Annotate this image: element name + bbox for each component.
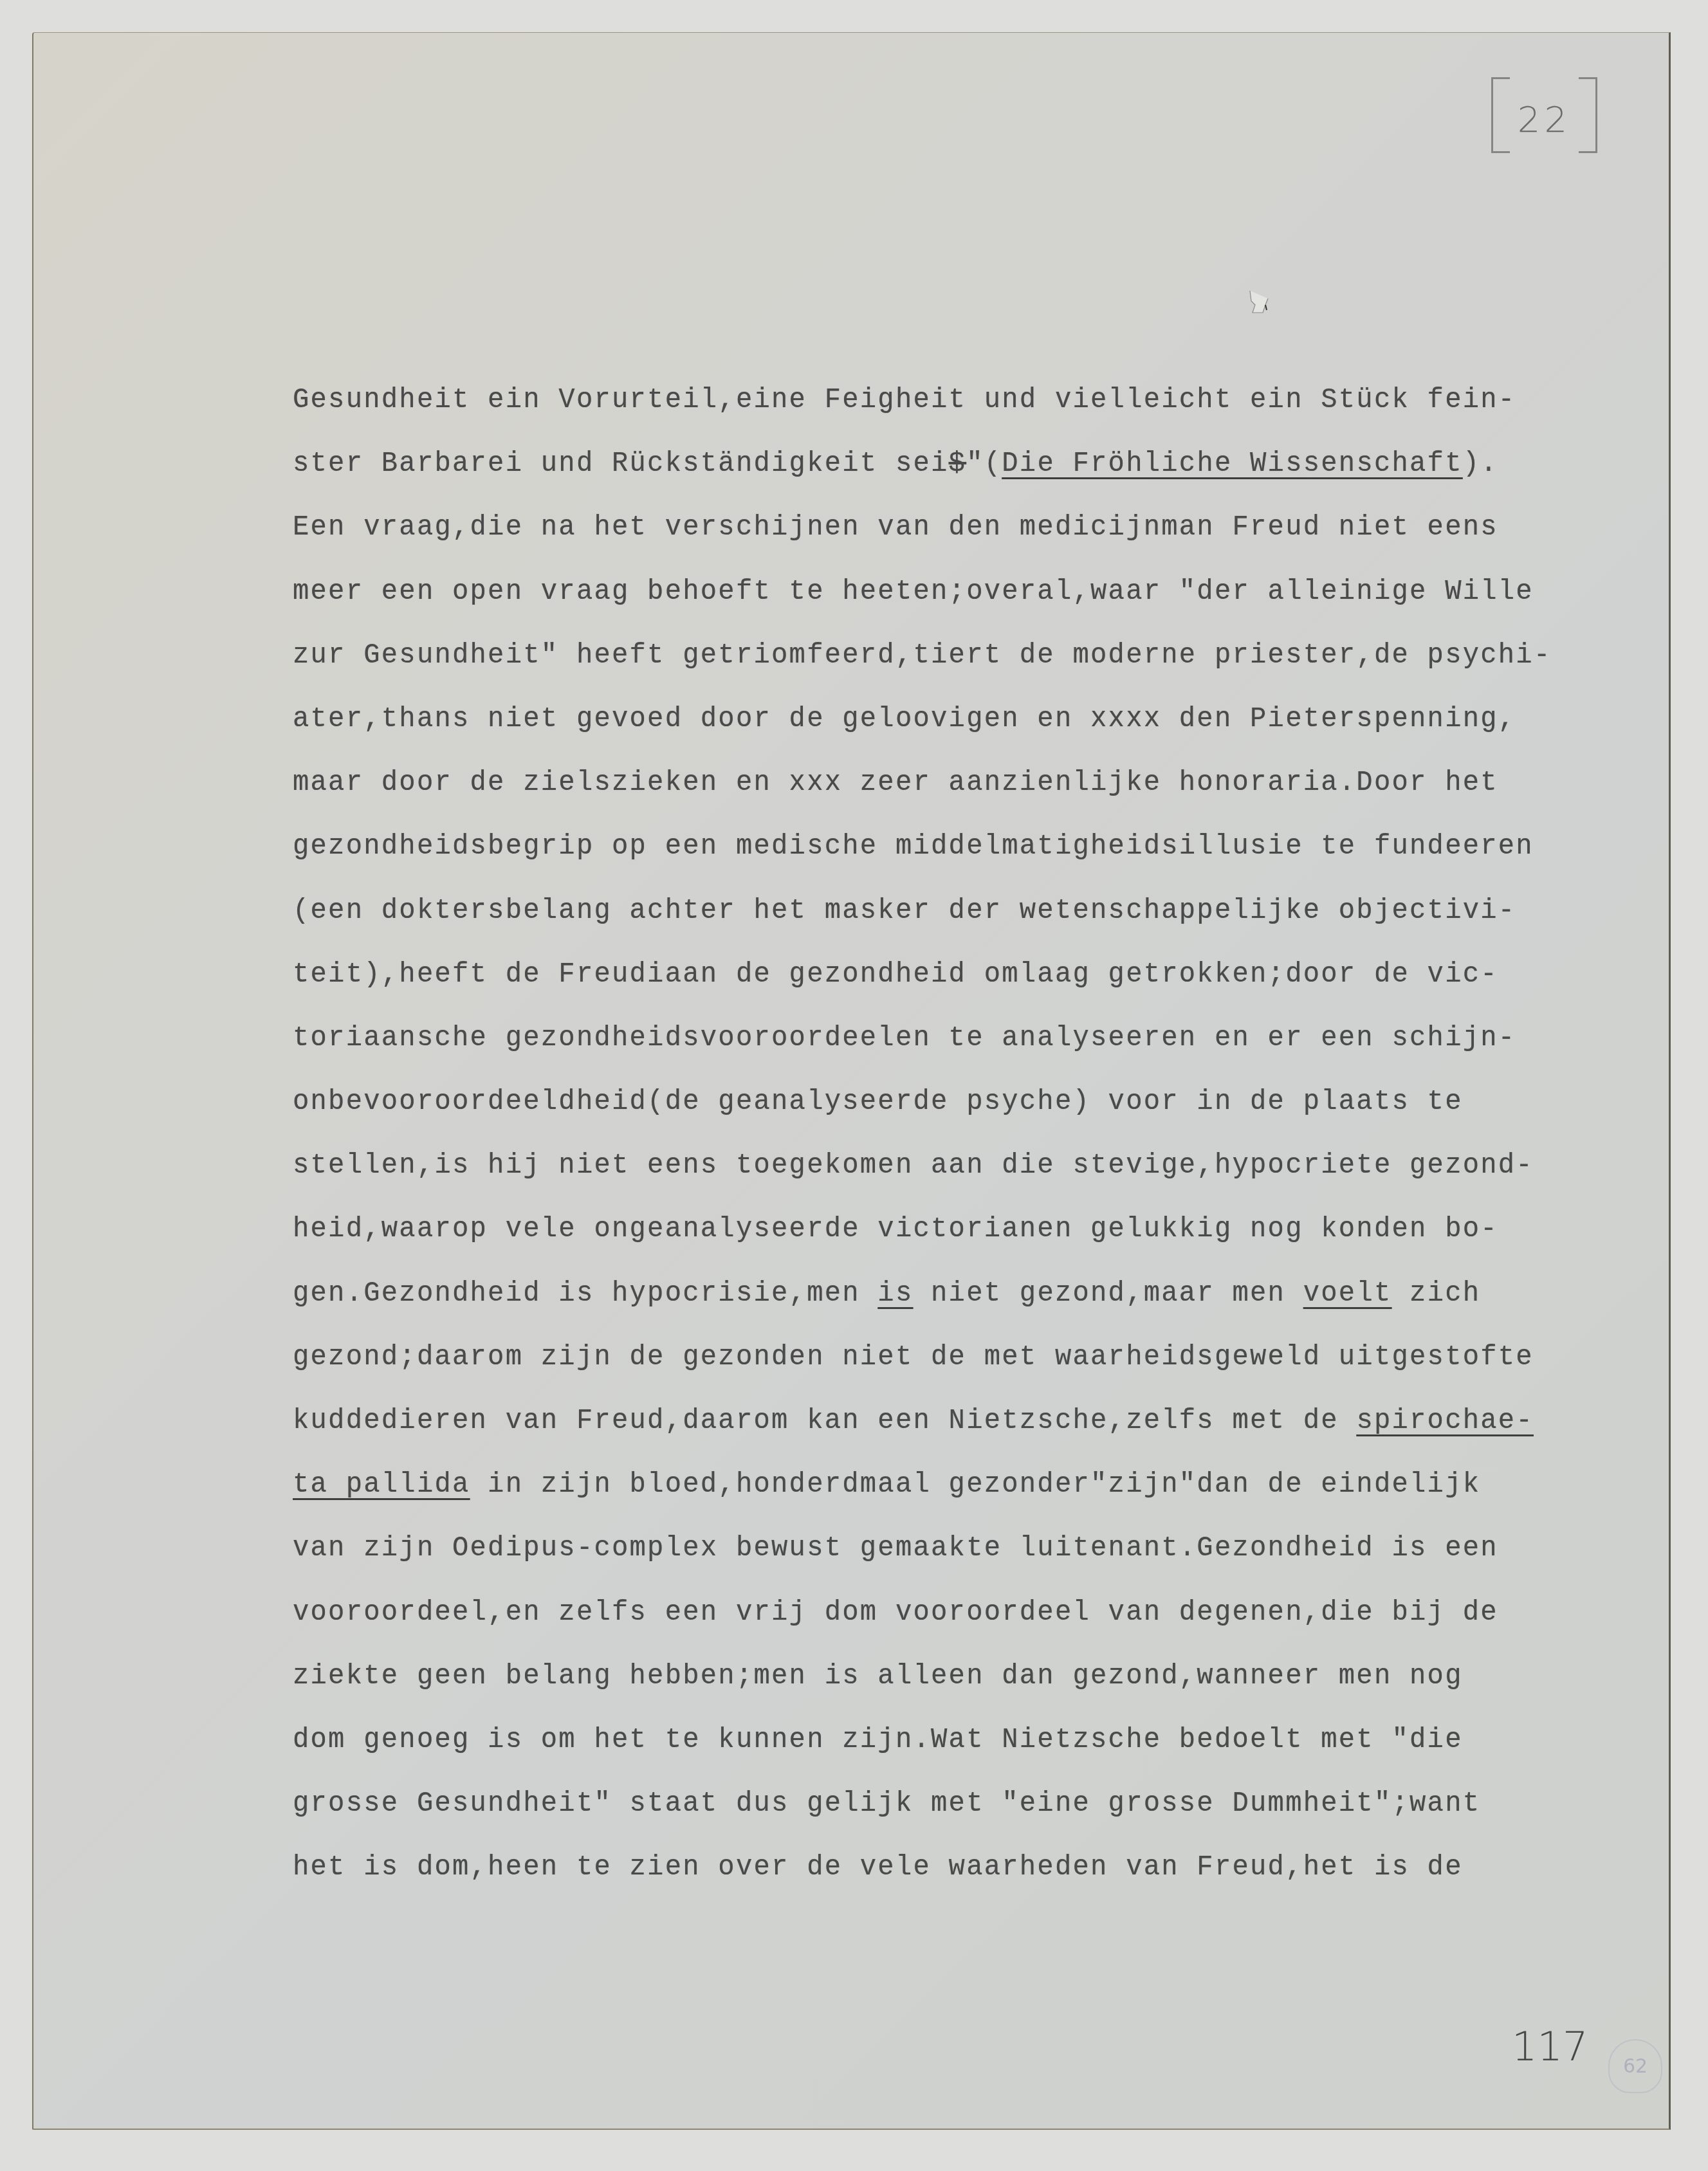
underlined-term-pallida: ta pallida — [293, 1469, 470, 1501]
faint-archive-stamp: 62 — [1608, 2039, 1662, 2093]
text-line-17: kuddedieren van Freud,daarom kan een Nie… — [293, 1400, 1614, 1464]
text-line-6: ater,thans niet gevoed door de geloovige… — [293, 699, 1614, 762]
underlined-term-spirochaeta: spirochae- — [1356, 1405, 1534, 1437]
text-line-7: maar door de zielszieken en xxx zeer aan… — [293, 762, 1614, 826]
struck-character: $ — [949, 448, 967, 480]
text-segment: ). — [1463, 448, 1498, 480]
text-line-22: dom genoeg is om het te kunnen zijn.Wat … — [293, 1719, 1614, 1783]
typescript-body: Gesundheit ein Vorurteil,eine Feigheit u… — [293, 380, 1669, 1911]
text-line-5: zur Gesundheit" heeft getriomfeerd,tiert… — [293, 635, 1614, 699]
text-line-16: gezond;daarom zijn de gezonden niet de m… — [293, 1337, 1614, 1400]
text-line-10: teit),heeft de Freudiaan de gezondheid o… — [293, 954, 1614, 1018]
text-segment: kuddedieren van Freud,daarom kan een Nie… — [293, 1405, 1356, 1437]
text-segment: ster Barbarei und Rückständigkeit sei — [293, 448, 949, 480]
text-line-3: Een vraag,die na het verschijnen van den… — [293, 507, 1614, 571]
text-segment: "( — [966, 448, 1002, 480]
text-segment: gen.Gezondheid is hypocrisie,men — [293, 1278, 877, 1310]
text-segment: niet gezond,maar men — [913, 1278, 1303, 1310]
text-line-24: het is dom,heen te zien over de vele waa… — [293, 1847, 1614, 1910]
text-line-19: van zijn Oedipus-complex bewust gemaakte… — [293, 1528, 1614, 1591]
text-line-8: gezondheidsbegrip op een medische middel… — [293, 826, 1614, 890]
text-segment: zich — [1392, 1278, 1481, 1310]
text-line-1: Gesundheit ein Vorurteil,eine Feigheit u… — [293, 380, 1614, 443]
underlined-word-is: is — [877, 1278, 913, 1310]
text-line-20: vooroordeel,en zelfs een vrij dom vooroo… — [293, 1592, 1614, 1656]
bracket-left-icon — [1491, 77, 1510, 153]
text-line-13: stellen,is hij niet eens toegekomen aan … — [293, 1145, 1614, 1209]
paper-tear-mark-icon — [1246, 291, 1272, 316]
text-line-18: ta pallida in zijn bloed,honderdmaal gez… — [293, 1464, 1614, 1528]
text-line-23: grosse Gesundheit" staat dus gelijk met … — [293, 1783, 1614, 1847]
text-line-21: ziekte geen belang hebben;men is alleen … — [293, 1656, 1614, 1719]
text-segment: in zijn bloed,honderdmaal gezonder"zijn"… — [470, 1469, 1481, 1501]
text-line-12: onbevooroordeeldheid(de geanalyseerde ps… — [293, 1081, 1614, 1145]
text-line-9: (een doktersbelang achter het masker der… — [293, 890, 1614, 954]
page-marker-bracketed: 22 — [1491, 77, 1597, 154]
underlined-word-voelt: voelt — [1303, 1278, 1392, 1310]
text-line-4: meer een open vraag behoeft te heeten;ov… — [293, 571, 1614, 635]
text-line-14: heid,waarop vele ongeanalyseerde victori… — [293, 1209, 1614, 1272]
page-marker-number: 22 — [1518, 99, 1571, 141]
bracket-right-icon — [1579, 77, 1597, 153]
text-line-2: ster Barbarei und Rückständigkeit sei$"(… — [293, 443, 1614, 507]
handwritten-page-number: 117 — [1512, 2023, 1588, 2070]
underlined-book-title: Die Fröhliche Wissenschaft — [1002, 448, 1462, 480]
text-line-11: toriaansche gezondheidsvooroordeelen te … — [293, 1018, 1614, 1081]
text-line-15: gen.Gezondheid is hypocrisie,men is niet… — [293, 1273, 1614, 1337]
